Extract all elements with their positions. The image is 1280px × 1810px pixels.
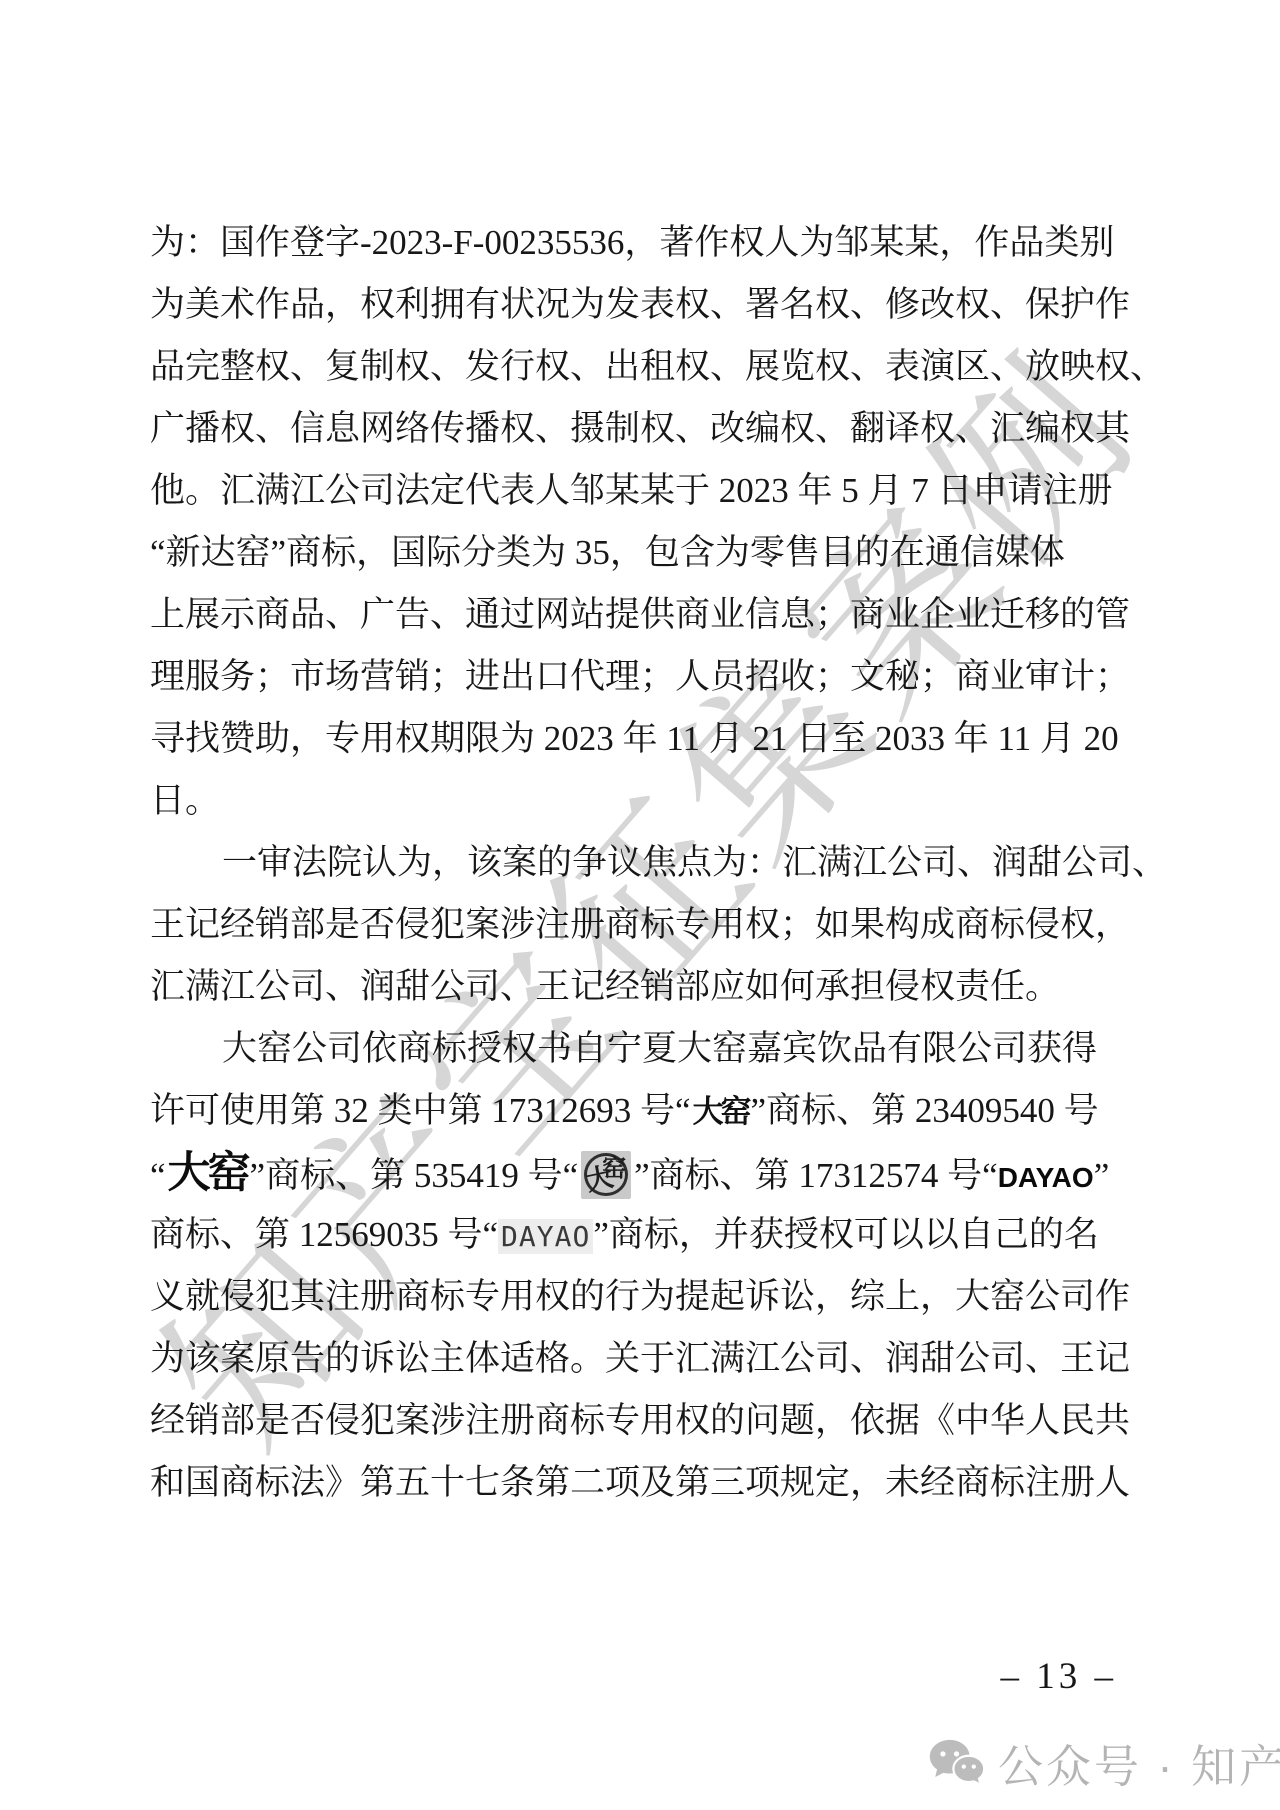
text-line: 汇满江公司、润甜公司、王记经销部应如何承担侵权责任。 xyxy=(150,956,1134,1018)
text-line: 和国商标法》第五十七条第二项及第三项规定，未经商标注册人 xyxy=(150,1452,1134,1514)
text-line: 上展示商品、广告、通过网站提供商业信息；商业企业迁移的管 xyxy=(150,584,1134,646)
footer-account-label: 公众号 · 知产宝 xyxy=(998,1730,1280,1795)
text-line: 义就侵犯其注册商标专用权的行为提起诉讼，综上，大窑公司作 xyxy=(150,1266,1134,1328)
trademark-dayao-cn-logo: 大窑 xyxy=(691,1094,751,1129)
text-line: 广播权、信息网络传播权、摄制权、改编权、翻译权、汇编权其 xyxy=(150,398,1134,460)
text-segment: ” xyxy=(1094,1156,1110,1195)
trademark-dayao-en-light: DAYAO xyxy=(498,1219,593,1254)
text-segment: ”商标，并获授权可以以自己的名 xyxy=(593,1215,1099,1254)
text-line: 王记经销部是否侵犯案涉注册商标专用权；如果构成商标侵权， xyxy=(150,894,1134,956)
text-line: 为：国作登字-2023-F-00235536，著作权人为邹某某，作品类别 xyxy=(150,212,1134,274)
trademark-dayao-cn-logo-large: 大窑 xyxy=(166,1149,250,1197)
seal-character: 窑 xyxy=(602,1138,626,1200)
text-line: 寻找赞助，专用权期限为 2023 年 11 月 21 日至 2033 年 11 … xyxy=(150,708,1134,770)
text-line: 理服务；市场营销；进出口代理；人员招收；文秘；商业审计； xyxy=(150,646,1134,708)
text-line-paragraph-start: 一审法院认为，该案的争议焦点为：汇满江公司、润甜公司、 xyxy=(150,832,1134,894)
text-line-with-trademark: 许可使用第 32 类中第 17312693 号“大窑”商标、第 23409540… xyxy=(150,1080,1134,1142)
page-number: – 13 – xyxy=(1001,1655,1118,1698)
text-line: 为该案原告的诉讼主体适格。关于汇满江公司、润甜公司、王记 xyxy=(150,1328,1134,1390)
document-body: 为：国作登字-2023-F-00235536，著作权人为邹某某，作品类别 为美术… xyxy=(150,212,1134,1514)
text-segment: ”商标、第 23409540 号 xyxy=(751,1091,1099,1130)
text-segment: 商标、第 12569035 号“ xyxy=(150,1215,498,1254)
text-segment: ”商标、第 17312574 号“ xyxy=(634,1156,998,1195)
text-segment: 许可使用第 32 类中第 17312693 号“ xyxy=(150,1091,691,1130)
document-page: 知产宝征集案例 为：国作登字-2023-F-00235536，著作权人为邹某某，… xyxy=(0,0,1280,1810)
text-line: 品完整权、复制权、发行权、出租权、展览权、表演区、放映权、 xyxy=(150,336,1134,398)
text-line: 他。汇满江公司法定代表人邹某某于 2023 年 5 月 7 日申请注册 xyxy=(150,460,1134,522)
text-segment: “ xyxy=(150,1156,166,1195)
text-line: 日。 xyxy=(150,770,1134,832)
text-segment: ”商标、第 535419 号“ xyxy=(250,1156,579,1195)
text-line: 为美术作品，权利拥有状况为发表权、署名权、修改权、保护作 xyxy=(150,274,1134,336)
text-line: 经销部是否侵犯案涉注册商标专用权的问题，依据《中华人民共 xyxy=(150,1390,1134,1452)
text-line: “新达窑”商标，国际分类为 35，包含为零售目的在通信媒体 xyxy=(150,522,1134,584)
trademark-dayao-en-bold: DAYAO xyxy=(998,1162,1094,1193)
wechat-icon xyxy=(928,1737,986,1789)
text-line-with-trademark: “大窑”商标、第 535419 号“大窑”商标、第 17312574 号“DAY… xyxy=(150,1142,1134,1204)
text-line-with-trademark: 商标、第 12569035 号“DAYAO”商标，并获授权可以以自己的名 xyxy=(150,1204,1134,1266)
trademark-seal-logo: 大窑 xyxy=(581,1151,631,1199)
text-line-paragraph-start: 大窑公司依商标授权书自宁夏大窑嘉宾饮品有限公司获得 xyxy=(150,1018,1134,1080)
footer-brand: 公众号 · 知产宝 xyxy=(928,1730,1280,1795)
